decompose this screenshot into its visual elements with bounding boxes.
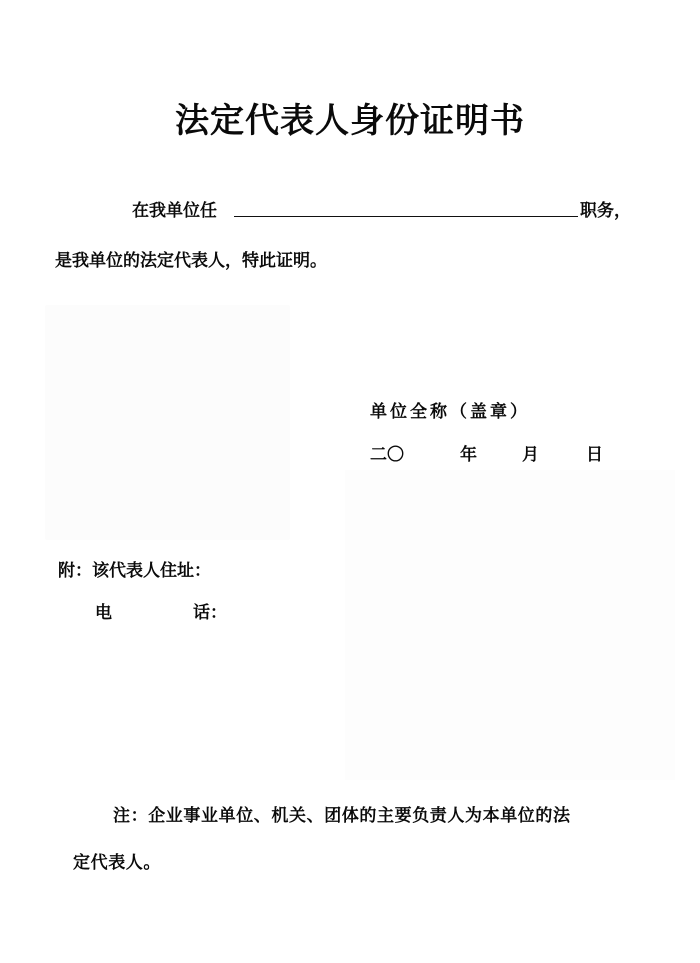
position-blank-field[interactable] xyxy=(234,216,578,217)
phone-label-part1: 电 xyxy=(95,598,112,623)
document-page: 法定代表人身份证明书 在我单位任 职务， 是我单位的法定代表人，特此证明。 单位… xyxy=(0,0,700,963)
date-year-prefix: 二〇 xyxy=(370,440,404,465)
date-year-label: 年 xyxy=(460,440,477,465)
note-line-1: 注：企业事业单位、机关、团体的主要负责人为本单位的法 xyxy=(113,801,571,826)
scan-shading xyxy=(345,470,675,780)
date-day-label: 日 xyxy=(586,440,603,465)
organization-seal-label: 单位全称（盖章） xyxy=(370,397,530,422)
representative-address-label: 附：该代表人住址： xyxy=(58,556,211,581)
position-line-suffix: 职务， xyxy=(580,196,631,221)
document-title: 法定代表人身份证明书 xyxy=(0,93,700,142)
note-line-2: 定代表人。 xyxy=(73,848,161,873)
position-line-prefix: 在我单位任 xyxy=(132,196,217,221)
scan-shading xyxy=(45,305,290,540)
date-month-label: 月 xyxy=(522,440,539,465)
phone-label-part2: 话： xyxy=(193,598,227,623)
certification-statement: 是我单位的法定代表人，特此证明。 xyxy=(55,246,327,271)
